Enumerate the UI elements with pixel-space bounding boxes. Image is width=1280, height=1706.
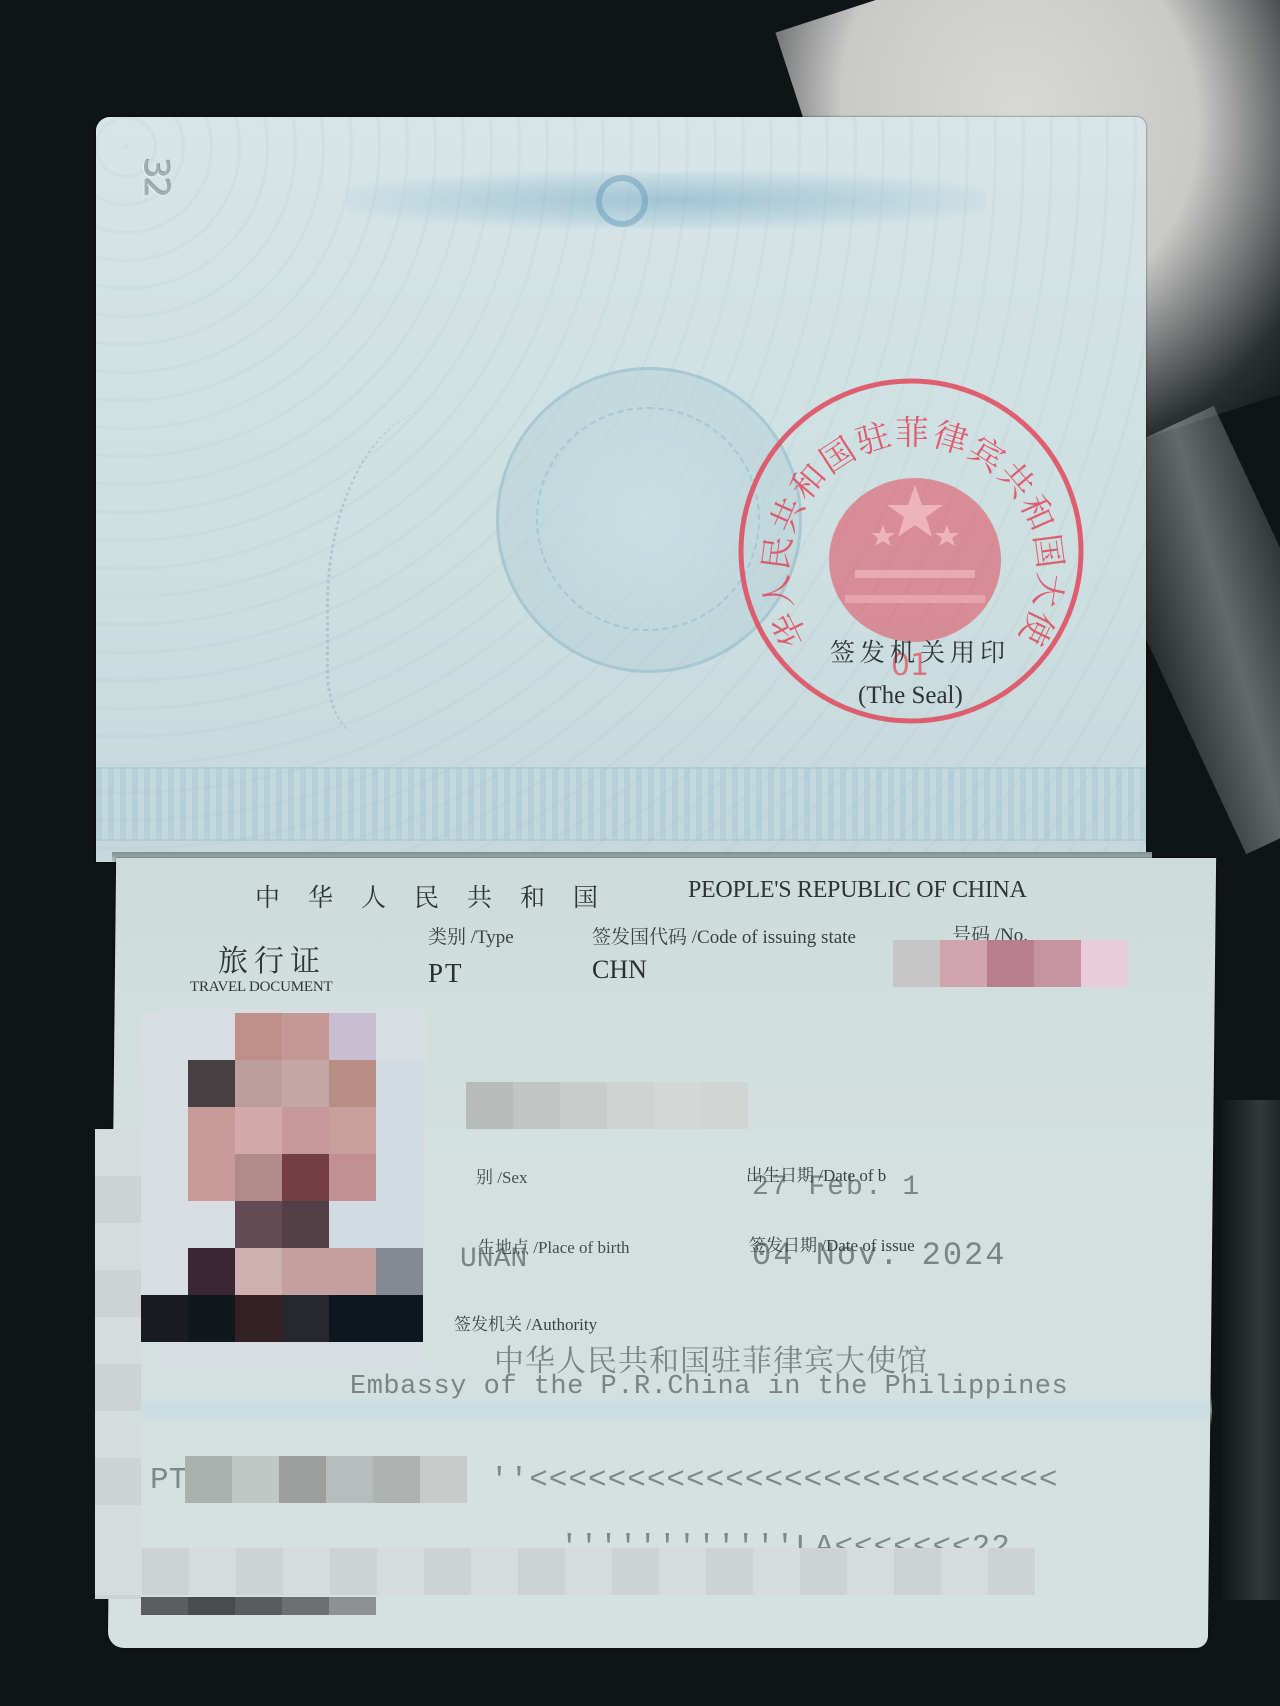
redaction-block	[329, 1060, 376, 1107]
redaction-block	[565, 1548, 612, 1595]
document-title-chinese: 旅行证	[218, 936, 326, 980]
holder-name-redacted	[466, 1082, 756, 1129]
mrz-line-2-redacted	[95, 1548, 1035, 1595]
redaction-block	[894, 1548, 941, 1595]
redaction-block	[95, 1223, 141, 1270]
redaction-block	[236, 1548, 283, 1595]
redaction-block	[235, 1201, 282, 1248]
redaction-block	[376, 1295, 423, 1342]
redaction-block	[141, 1154, 188, 1201]
redaction-block	[141, 1597, 188, 1615]
redaction-block	[659, 1548, 706, 1595]
redaction-block	[279, 1456, 326, 1503]
redaction-block	[142, 1548, 189, 1595]
wave-pattern-band	[96, 767, 1146, 841]
photo-edge-redacted	[95, 1129, 141, 1599]
redaction-block	[560, 1082, 607, 1129]
redaction-block	[941, 1548, 988, 1595]
redaction-block	[188, 1201, 235, 1248]
redaction-block	[329, 1154, 376, 1201]
redaction-block	[235, 1295, 282, 1342]
redaction-block	[329, 1201, 376, 1248]
redaction-block	[189, 1548, 236, 1595]
redaction-block	[329, 1597, 376, 1615]
redaction-block	[376, 1107, 423, 1154]
redaction-block	[940, 940, 987, 987]
type-label: 类别 /Type	[428, 922, 514, 949]
redaction-block	[893, 940, 940, 987]
redaction-block	[282, 1060, 329, 1107]
place-of-birth-label: 生地点 /Place of birth	[478, 1233, 630, 1258]
sex-label: 别 /Sex	[476, 1163, 527, 1188]
redaction-block	[987, 940, 1034, 987]
redaction-block	[518, 1548, 565, 1595]
redaction-block	[95, 1176, 141, 1223]
country-name-english: PEOPLE'S REPUBLIC OF CHINA	[688, 877, 1027, 904]
country-name-chinese: 中华人民共和国	[255, 878, 626, 914]
redaction-block	[988, 1548, 1035, 1595]
redaction-block	[95, 1505, 141, 1552]
redaction-block	[141, 1248, 188, 1295]
embassy-seal-stamp: 中华人民共和国驻菲律宾共和国大使馆 01	[735, 375, 1087, 727]
issuing-state-label: 签发国代码 /Code of issuing state	[592, 922, 856, 949]
document-title-english: TRAVEL DOCUMENT	[190, 979, 332, 996]
date-of-birth-label: 出生日期 /Date of b	[746, 1161, 886, 1186]
redaction-block	[800, 1548, 847, 1595]
authority-label: 签发机关 /Authority	[454, 1310, 597, 1335]
redaction-block	[141, 1107, 188, 1154]
redaction-block	[513, 1082, 560, 1129]
redaction-block	[188, 1060, 235, 1107]
holder-photo-redacted	[141, 1013, 423, 1363]
redaction-block	[235, 1013, 282, 1060]
emblem-ornament-icon	[596, 175, 648, 227]
mrz-line-1-end: ''<<<<<<<<<<<<<<<<<<<<<<<<<<<	[490, 1463, 1059, 1498]
document-number-redacted	[893, 940, 1128, 987]
background-glare	[1220, 1100, 1280, 1600]
redaction-block	[235, 1107, 282, 1154]
redaction-block	[188, 1295, 235, 1342]
redaction-block	[329, 1248, 376, 1295]
redaction-block	[95, 1317, 141, 1364]
type-value: PT	[428, 958, 464, 989]
redaction-block	[141, 1295, 188, 1342]
redaction-block	[141, 1060, 188, 1107]
redaction-block	[612, 1548, 659, 1595]
redaction-block	[141, 1013, 188, 1060]
redaction-block	[706, 1548, 753, 1595]
redaction-block	[282, 1248, 329, 1295]
redaction-block	[1034, 940, 1081, 987]
mrz-line-1-redacted	[185, 1456, 485, 1503]
redaction-block	[329, 1295, 376, 1342]
redaction-block	[420, 1456, 467, 1503]
redaction-block	[141, 1201, 188, 1248]
redaction-block	[329, 1107, 376, 1154]
redaction-block	[282, 1597, 329, 1615]
redaction-block	[282, 1107, 329, 1154]
redaction-block	[283, 1548, 330, 1595]
redaction-block	[607, 1082, 654, 1129]
redaction-block	[373, 1456, 420, 1503]
redaction-block	[95, 1548, 142, 1595]
seal-label-chinese: 签发机关用印	[830, 633, 1010, 669]
redaction-block	[235, 1597, 282, 1615]
redaction-block	[282, 1013, 329, 1060]
redaction-block	[185, 1456, 232, 1503]
redaction-block	[188, 1154, 235, 1201]
redaction-block	[188, 1248, 235, 1295]
redaction-block	[701, 1082, 748, 1129]
redaction-block	[753, 1548, 800, 1595]
redaction-block	[654, 1082, 701, 1129]
issuing-state-value: CHN	[592, 955, 647, 985]
seal-icon: 中华人民共和国驻菲律宾共和国大使馆 01	[735, 375, 1087, 727]
redaction-block	[188, 1013, 235, 1060]
redaction-block	[232, 1456, 279, 1503]
redaction-block	[329, 1013, 376, 1060]
redaction-block	[95, 1364, 141, 1411]
redaction-block	[95, 1129, 141, 1176]
redaction-block	[188, 1107, 235, 1154]
medallion-inner-icon	[536, 407, 760, 631]
redaction-block	[376, 1154, 423, 1201]
redaction-block	[95, 1411, 141, 1458]
dragon-watermark-icon	[326, 407, 519, 737]
redaction-block	[330, 1548, 377, 1595]
page-number: 32	[136, 157, 176, 196]
date-of-issue-label: 签发日期 /Date of issue	[749, 1231, 915, 1256]
ornament-band-icon	[346, 172, 986, 228]
redaction-block	[326, 1456, 373, 1503]
redaction-block	[1081, 940, 1128, 987]
redaction-block	[847, 1548, 894, 1595]
redaction-block	[235, 1060, 282, 1107]
redaction-block	[424, 1548, 471, 1595]
redaction-block	[471, 1548, 518, 1595]
redaction-block	[282, 1201, 329, 1248]
footer-redacted	[141, 1597, 376, 1615]
redaction-block	[188, 1597, 235, 1615]
redaction-block	[235, 1248, 282, 1295]
redaction-block	[376, 1201, 423, 1248]
redaction-block	[376, 1013, 423, 1060]
redaction-block	[235, 1154, 282, 1201]
redaction-block	[282, 1295, 329, 1342]
redaction-block	[95, 1458, 141, 1505]
redaction-block	[282, 1154, 329, 1201]
redaction-block	[376, 1248, 423, 1295]
seal-label-english: (The Seal)	[858, 682, 963, 710]
redaction-block	[377, 1548, 424, 1595]
redaction-block	[376, 1060, 423, 1107]
redaction-block	[466, 1082, 513, 1129]
redaction-block	[95, 1270, 141, 1317]
authority-value-english: Embassy of the P.R.China in the Philippi…	[350, 1372, 1068, 1402]
